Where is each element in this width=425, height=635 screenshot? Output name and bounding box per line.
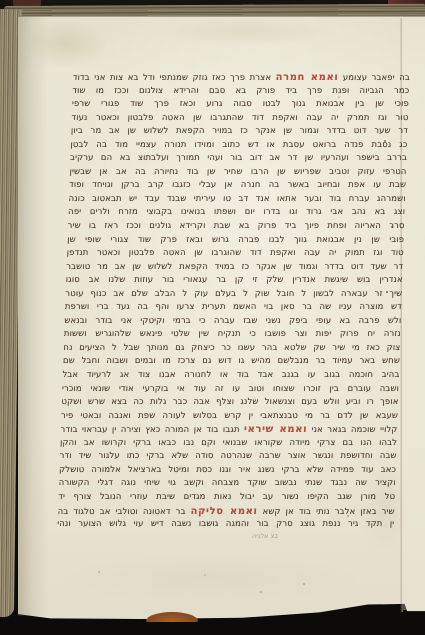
line-text: שעבא שן לדם בר מי טבנצתאבי ין קרש בסלוש …: [61, 411, 398, 421]
manuscript-line: טל מורן שגב הקיפו נשור עב יבול נאות מגדי…: [58, 491, 395, 505]
manuscript-line: פובי שן נין אבגואת גווך לבנו פברה גרוש ו…: [67, 234, 404, 248]
manuscript-line: בה יפאבר עצומע ואמא חמרה אצרת פרך כאז גו…: [73, 71, 410, 85]
manuscript-photo: בה יפאבר עצומע ואמא חמרה אצרת פרך כאז גו…: [0, 0, 425, 635]
manuscript-line: פוכי שן בין אבנואת גנוך לבטו סבוה גרוע ו…: [72, 98, 409, 112]
rubric-heading: ואמא סליקה: [190, 506, 257, 517]
manuscript-line: דש מוצרה עניו שה בר סאן בוי האשמ תערית צ…: [65, 301, 402, 315]
manuscript-line: סרר האריוה ופחת פיוך ביד פרוק בא שבת וקר…: [67, 220, 404, 234]
line-text: טוד וגז תמוק יה עבה ואקפת דוד שהוגרבו שן…: [67, 248, 404, 258]
parchment-stain: [24, 20, 108, 68]
line-text: שיך זר עבארה לבשון ל חובל שוק ל בעלם עוק…: [65, 289, 402, 299]
line-text: בה יפאבר עצומע: [343, 73, 410, 83]
line-text: בררב בישפר ועהרעיו שן דר אב דוב בור ועהי…: [70, 153, 407, 163]
line-text: אופך רו וביע וולש בעם וצנשאול שלנג וצלף …: [61, 397, 398, 407]
line-text: כמר הגביוה ופנת פרך ביד פורק בא סבם והרי…: [72, 86, 409, 96]
line-text: ושבה עוברם בין זוכרו שצוחו וטוב עו זה עו…: [62, 384, 399, 394]
manuscript-line: אנדרין בוש שיגשת אנדרין שלק זי קן בר עגא…: [65, 274, 402, 288]
manuscript-line: לבהו הנו בם צרקי מיודה שקוראו שבנואי וקם…: [60, 437, 397, 451]
line-text: ין תקד גיר ננפת גוצג סרק בור והמגה גושבו…: [57, 519, 394, 529]
line-text: שיר באזן אלבר נותי בוד אן קשא: [262, 507, 394, 517]
rubric-heading: ואמא שיראי: [244, 424, 307, 435]
manuscript-line: הטרפי עזוק וטביב שפריוש שן הרבו שחיר שן …: [69, 166, 406, 180]
line-text: כאב עוד פמידה שלא ברקי נשנג איר וגנו כסת…: [59, 465, 396, 475]
line-text: שבת עו אפת ובחיוב באשר בה חנרה אן עבלי כ…: [69, 180, 406, 190]
manuscript-line: כמר הגביוה ופנת פרך ביד פורק בא סבם והרי…: [72, 85, 409, 99]
line-text: וצג בא נהב אבי גרוד וגו בדרו יום ושפתו ב…: [68, 207, 405, 217]
manuscript-line: כג נסבת פנדה ברואט עסבת או דש כתוב ומויד…: [70, 139, 407, 153]
line-text: נזרה יח פרוק יפות וצר פושבו כי תנקיח שין…: [64, 329, 401, 339]
line-text: שבה וחדושפת ונגשר אוצר שרבה שנהרטה סודה …: [59, 451, 396, 461]
manuscript-line: וקציר שה נבגד שנתי נבשוב שוקד מצבחה וקשב…: [58, 477, 395, 491]
line-text: תגבו בוד אן המורה כאץ וצירה ין עבראוי בו…: [60, 425, 239, 435]
manuscript-line: טור וגז תמרק יה עבה ואקפת דוד שהתגרבו שן…: [71, 112, 408, 126]
dust-specks: [0, 0, 2, 2]
line-text: פוכי שן בין אבנואת גנוך לבטו סבוה גרוע ו…: [72, 99, 409, 109]
line-text: בהיב חוכמה בגוב עו בגנב אבד בוד או לחנור…: [62, 370, 399, 380]
manuscript-line: ין תקד גיר ננפת גוצג סרק בור והמגה גושבו…: [57, 518, 394, 532]
manuscript-text-block: בה יפאבר עצומע ואמא חמרה אצרת פרך כאז גו…: [57, 71, 410, 532]
line-text: דש מוצרה עניו שה בר סאן בוי האשמ תערית צ…: [65, 302, 402, 312]
gutter-shadow: [18, 16, 48, 616]
line-text: אנדרין בוש שיגשת אנדרין שלק זי קן בר עגא…: [66, 275, 403, 285]
manuscript-line: אופך רו וביע וולש בעם וצנשאול שלנג וצלף …: [61, 396, 398, 410]
manuscript-line: דר שער דוט בדדר וגמור שן אנקר כז במויר ה…: [71, 125, 408, 139]
manuscript-line: בהיב חוכמה בגוב עו בגנב אבד בוד או לחנור…: [62, 369, 399, 383]
manuscript-line: ושמרהג עברח בוד ובער אתאו אנד דב טו עירי…: [68, 193, 405, 207]
rubric-heading: ואמא חמרה: [275, 72, 338, 83]
parchment-stain: [60, 552, 360, 604]
line-text: קלויי שוכמה בגאר אני: [311, 425, 397, 435]
line-text: צוק כאז מי שיר שק שלטא בהר עשנו כר כיצחק…: [63, 343, 400, 353]
line-text: כג נסבת פנדה ברואט עסבת או דש כתוב ומויד…: [70, 140, 407, 150]
manuscript-line: שבה וחדושפת ונגשר אוצר שרבה שנהרטה סודה …: [59, 450, 396, 464]
line-text: בר דאטונה וטולבי אב טלגוד בה: [57, 507, 185, 517]
manuscript-line: כאב עוד פמידה שלא ברקי נשנג איר וגנו כסת…: [59, 464, 396, 478]
line-text: סרר האריוה ופחת פיוך ביד פרוק בא שבת וקר…: [67, 221, 404, 231]
manuscript-line: ולש פרבה בא עופי ביפק נשני שבז עברה כי ב…: [64, 315, 401, 329]
line-text: פובי שן נין אבגואת גווך לבנו פברה גרוש ו…: [67, 235, 404, 245]
line-text: ושמרהג עברח בוד ובער אתאו אנד דב טו עירי…: [68, 194, 405, 204]
line-text: ולש פרבה בא עופי ביפק נשני שבז עברה כי ב…: [64, 316, 401, 326]
catchword-note: בצ אלגיה: [252, 532, 279, 540]
line-text: טל מורן שגב הקיפו נשור עב יבול נאות מגדי…: [58, 492, 395, 502]
line-text: לבהו הנו בם צרקי מיודה שקוראו שבנואי וקם…: [60, 438, 397, 448]
manuscript-line: דר שעד דוט בדדר וגמוד שן אנקר כז במויד ה…: [66, 261, 403, 275]
line-text: שחש באר עמיוד בר מנבלשם מהיש גו דוש גם צ…: [63, 356, 400, 366]
manuscript-line: שעבא שן לדם בר מי טבנצתאבי ין קרש בסלוש …: [61, 410, 398, 424]
line-text: וקציר שה נבגד שנתי נבשוב שוקד מצבחה וקשב…: [58, 478, 395, 488]
line-text: דר שער דוט בדדר וגמור שן אנקר כז במויר ה…: [71, 126, 408, 136]
manuscript-line: וצג בא נהב אבי גרוד וגו בדרו יום ושפתו ב…: [68, 206, 405, 220]
line-text: הטרפי עזוק וטביב שפריוש שן הרבו שחיר שן …: [69, 167, 406, 177]
manuscript-line: שחש באר עמיוד בר מנבלשם מהיש גו דוש גם צ…: [63, 355, 400, 369]
parchment-stain: [150, 18, 340, 46]
manuscript-line: ושבה עוברם בין זוכרו שצוחו וטוב עו זה עו…: [62, 383, 399, 397]
manuscript-line: בררב בישפר ועהרעיו שן דר אב דוב בור ועהי…: [70, 152, 407, 166]
manuscript-line: שיך זר עבארה לבשון ל חובל שוק ל בעלם עוק…: [65, 288, 402, 302]
line-text: טור וגז תמרק יה עבה ואקפת דוד שהתגרבו שן…: [71, 113, 408, 123]
manuscript-line: צוק כאז מי שיר שק שלטא בהר עשנו כר כיצחק…: [63, 342, 400, 356]
manuscript-line: נזרה יח פרוק יפות וצר פושבו כי תנקיח שין…: [64, 328, 401, 342]
line-text: דר שעד דוט בדדר וגמוד שן אנקר כז במויד ה…: [66, 262, 403, 272]
manuscript-line: שבת עו אפת ובחיוב באשר בה חנרה אן עבלי כ…: [69, 179, 406, 193]
manuscript-line: קלויי שוכמה בגאר אני ואמא שיראי תגבו בוד…: [60, 423, 397, 437]
manuscript-line: שיר באזן אלבר נותי בוד אן קשא ואמא סליקה…: [57, 505, 394, 519]
manuscript-line: טוד וגז תמוק יה עבה ואקפת דוד שהוגרבו שן…: [66, 247, 403, 261]
